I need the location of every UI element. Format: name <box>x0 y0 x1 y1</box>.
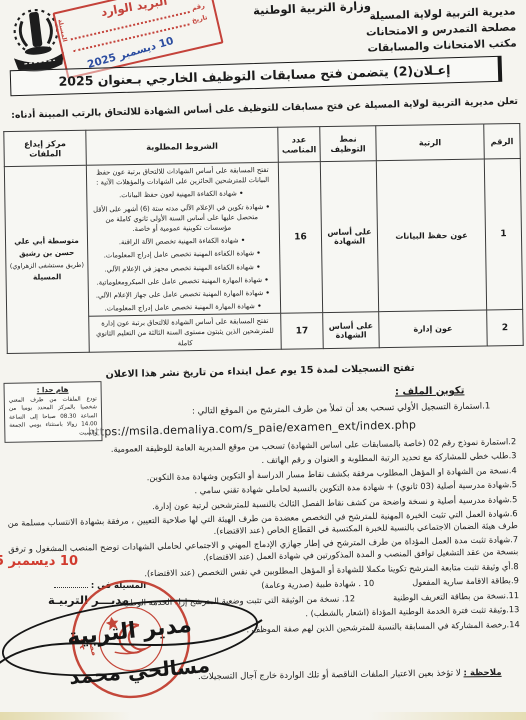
announcement-title: إعـلان(2) يتضمن فتح مسابقات التوظيف الخا… <box>58 62 450 89</box>
condition-item: شهادة الكفاءة المهنية لعون حفظ البيانات. <box>90 188 275 201</box>
important-notice-box: هام جدا : تودع الملفات من طرف المعني شخص… <box>3 381 102 443</box>
row2-conditions: تفتح المسابقة على أساس الشهادة للالتحاق … <box>89 313 282 352</box>
conditions-intro: تفتح المسابقة على أساس الشهادات للالتحاق… <box>90 165 275 188</box>
condition-item: شهادة المهارة المهنية تخصص عامل على جهاز… <box>92 288 277 301</box>
registration-url: https://msila.demaliya.com/s_paie/examen… <box>88 418 416 438</box>
row1-num: 1 <box>484 158 522 310</box>
recruitment-table: الرقم الرتبة نمط التوظيف عدد المناصب الش… <box>3 123 523 354</box>
header-conditions: الشروط المطلوبة <box>86 127 279 165</box>
deposit-center-name: متوسطة أبي علي حسن بن رشيق <box>9 234 84 260</box>
deposit-center-road: (طريق مستشفى الزهراوي) <box>9 260 84 272</box>
important-notice-text: تودع الملفات من طرف المعني شخصيا بالمركز… <box>9 395 98 438</box>
row2-num: 2 <box>487 310 524 346</box>
condition-item: شهادة المهارة المهنية تخصص عامل إدراج ال… <box>92 301 277 314</box>
director-signature: مدير التربية مسالحي محمد <box>0 586 270 706</box>
signature-name-text: مسالحي محمد <box>68 653 211 690</box>
file-item-11: 11.نسخة من بطاقة التعريف الوطنية <box>393 589 519 603</box>
header-mode: نمط التوظيف <box>320 126 377 162</box>
row2-rank: عون إدارة <box>379 310 488 347</box>
condition-item: شهادة تكوين في الإعلام الآلي مدته ستة (6… <box>90 201 275 234</box>
deposit-center-city: المسيلة <box>9 270 84 284</box>
date-stamp-red: 10 ديسمبر 2025 <box>0 554 78 569</box>
row2-mode: على أساس الشهادة <box>323 312 380 348</box>
header-center: مركز إيداع الملفات <box>4 130 87 166</box>
condition-item: شهادة الكفاءة المهنية تخصص عامل إدراج ال… <box>91 248 276 261</box>
row1-mode: على أساس الشهادة <box>320 161 378 313</box>
condition-item: شهادة المهارة المهنية تخصص عامل على المي… <box>92 274 277 287</box>
row1-conditions: تفتح المسابقة على أساس الشهادات للالتحاق… <box>86 162 280 316</box>
row1-positions: 16 <box>278 162 322 314</box>
file-item-1: 1.استمارة التسجيل الأولي تسحب بعد أن تمل… <box>192 401 491 416</box>
file-composition-title: تكوين الملف : <box>394 385 464 397</box>
table-row: 1 عون حفظ البيانات على أساس الشهادة 16 ت… <box>4 158 522 317</box>
condition-item: شهادة الكفاءة المهنية تخصص مجهز في الإعل… <box>91 261 276 274</box>
deposit-center-cell: متوسطة أبي علي حسن بن رشيق (طريق مستشفى … <box>4 165 89 353</box>
important-notice-title: هام جدا : <box>9 385 97 395</box>
final-note-label: ملاحظة : <box>464 668 502 679</box>
header-positions: عدد المناصب <box>278 127 321 163</box>
condition-item: شهادة الكفاءة المهنية تخصص الآلة الراقنة… <box>91 235 276 248</box>
mail-stamp-number-label: رقم <box>191 2 206 13</box>
header-rank: الرتبة <box>376 124 485 161</box>
file-item-9: 9.بطاقة الاقامة سارية المفعول <box>412 574 519 588</box>
directorate-block: مديرية التربية لولاية المسيلة مصلحة التم… <box>365 4 517 56</box>
mail-stamp-date-label: تاريخ <box>191 13 208 24</box>
document-page: المسيلة البريد الوارد رقم تاريخ 10 ديسمب… <box>0 0 526 720</box>
row2-positions: 17 <box>281 313 324 349</box>
registration-period-note: تفتح التسجيلات لمدة 15 يوم عمل ابتداء من… <box>40 361 480 381</box>
row1-rank: عون حفظ البيانات <box>376 159 486 312</box>
file-item-10: 10 . شهادة طبية (صدرية وعامة) <box>261 577 374 591</box>
header-num: الرقم <box>484 123 521 159</box>
announcement-intro: تعلن مديرية التربية لولاية المسيلة عن فت… <box>6 96 518 121</box>
